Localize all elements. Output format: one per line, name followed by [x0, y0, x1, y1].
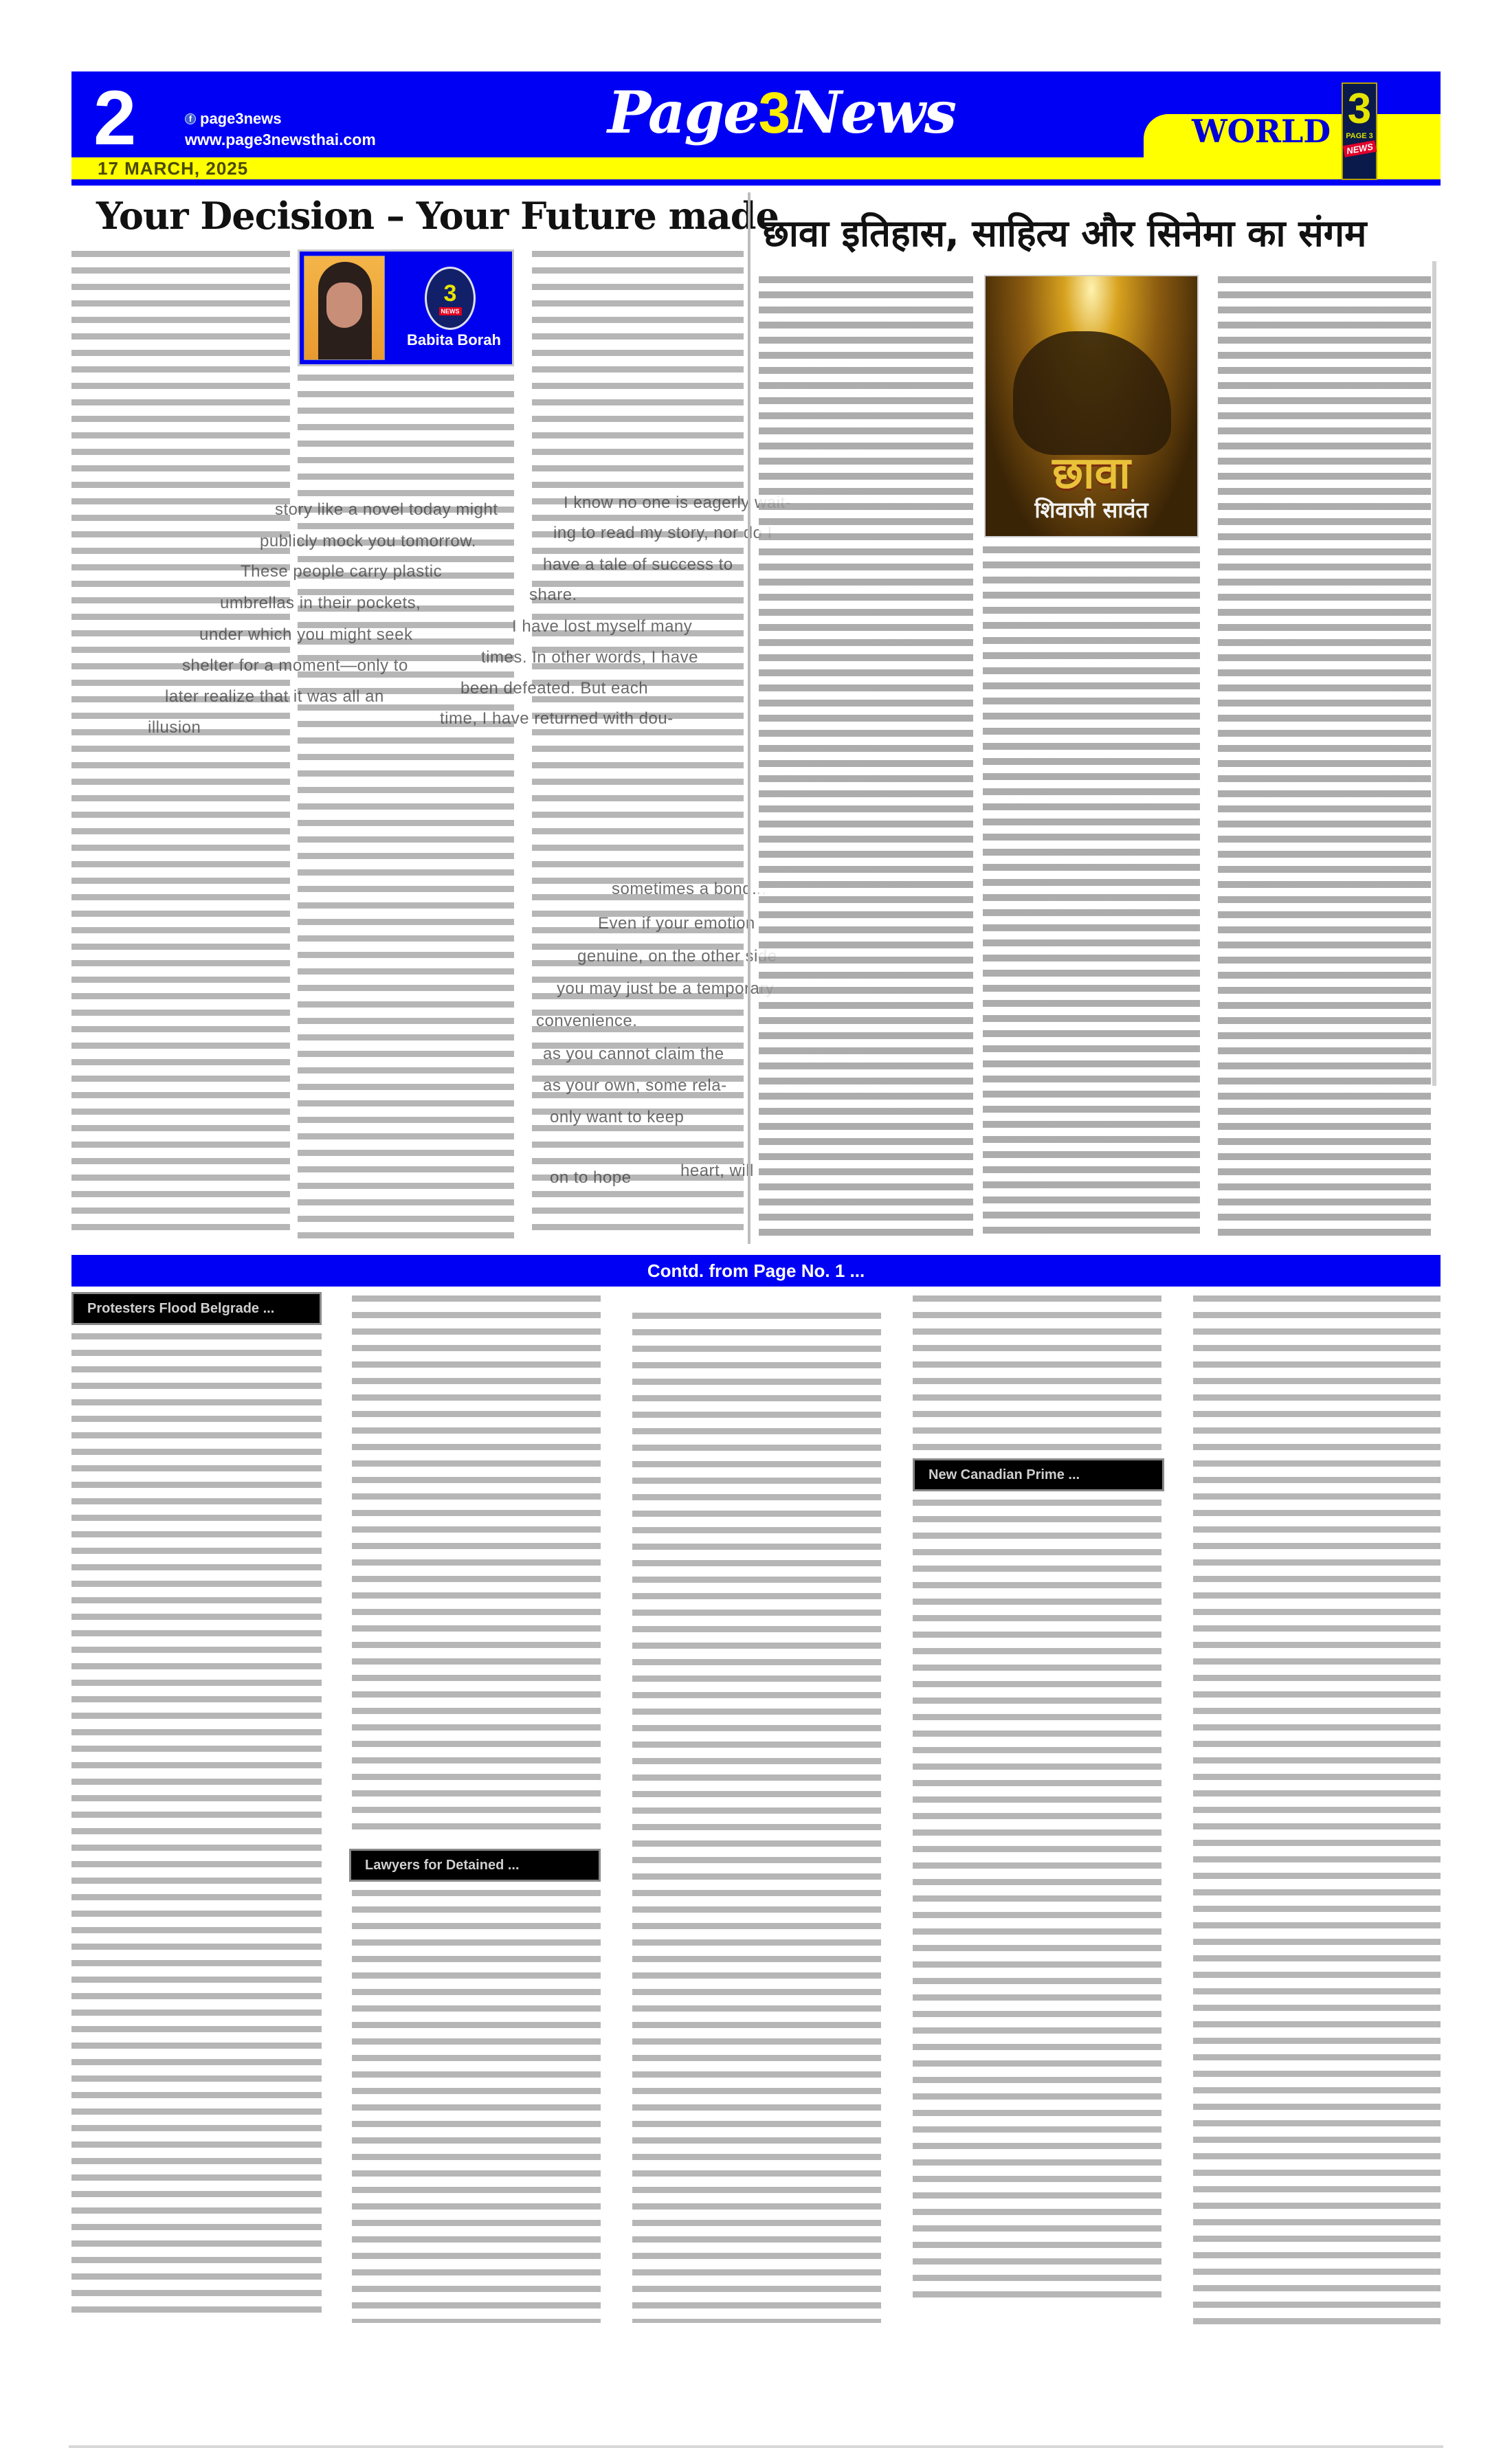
continued-banner: Contd. from Page No. 1 ...	[71, 1255, 1441, 1287]
continued-column-5	[1193, 1295, 1441, 2326]
article-fragment: have a tale of success to	[543, 555, 733, 575]
article-fragment: Even if your emotion	[598, 914, 755, 933]
continued-column-4-top	[913, 1295, 1161, 1450]
article-fragment: story like a novel today might	[275, 500, 498, 520]
page3-logo: 3 PAGE 3 NEWS	[1342, 82, 1377, 180]
hindi-article-column-1	[759, 276, 973, 1238]
page-number: 2	[93, 80, 136, 157]
article-fragment: you may just be a temporary	[557, 979, 774, 999]
column-divider	[748, 192, 751, 1244]
article-fragment: publicly mock you tomorrow.	[260, 532, 476, 551]
article-fragment: I know no one is eagerly wait-	[564, 493, 791, 513]
continued-column-2-bottom	[352, 1890, 601, 2323]
page-edge-rule	[1432, 261, 1436, 1086]
website-link[interactable]: www.page3newsthai.com	[185, 131, 376, 149]
article-fragment: sometimes a bond...	[612, 880, 767, 899]
article-fragment: umbrellas in their pockets,	[220, 594, 421, 613]
article-fragment: as your own, some rela-	[543, 1076, 727, 1095]
author-name: Babita Borah	[407, 331, 501, 349]
author-photo	[304, 256, 385, 360]
book-title: छावा	[986, 441, 1197, 501]
facebook-link[interactable]: f page3news	[185, 110, 282, 128]
continued-column-4-bottom	[913, 1500, 1161, 2307]
english-article-column-1	[71, 251, 290, 1240]
section-heading-canadian-pm: New Canadian Prime ...	[913, 1458, 1164, 1491]
page-bottom-rule	[69, 2445, 1443, 2448]
article-fragment: time, I have returned with dou-	[440, 709, 674, 728]
article-fragment: later realize that it was all an	[165, 687, 384, 706]
header-bottom-rule	[71, 179, 1441, 186]
article-fragment: convenience.	[536, 1012, 637, 1031]
masthead-banner: 2 f page3news www.page3newsthai.com 17 M…	[71, 71, 1441, 186]
continued-column-3	[632, 1313, 881, 2323]
chhava-book-cover: छावा शिवाजी सावंत	[984, 275, 1199, 537]
article-fragment: genuine, on the other side	[577, 947, 777, 966]
continued-column-2-top	[352, 1295, 601, 1838]
section-label: WORLD	[1192, 115, 1331, 147]
logo-news-badge: NEWS	[1342, 140, 1376, 157]
section-heading-protesters: Protesters Flood Belgrade ...	[71, 1292, 322, 1325]
logo-numeral: 3	[1348, 88, 1371, 131]
section-heading-lawyers: Lawyers for Detained ...	[349, 1849, 601, 1882]
article-fragment: illusion	[148, 718, 201, 737]
logo-text: PAGE 3	[1346, 132, 1373, 140]
article-fragment: ing to read my story, nor do I	[553, 524, 772, 543]
article-fragment: share.	[529, 586, 577, 605]
author-card: 3 NEWS Babita Borah	[298, 249, 514, 366]
article-fragment: only want to keep	[550, 1108, 684, 1127]
english-article-headline: Your Decision – Your Future made	[96, 194, 779, 238]
article-fragment: I have lost myself many	[512, 617, 692, 636]
article-fragment: under which you might seek	[199, 625, 413, 645]
article-fragment: on to hope	[550, 1168, 631, 1188]
hindi-article-column-2	[983, 546, 1200, 1234]
hindi-article-column-3	[1218, 276, 1431, 1238]
facebook-handle: page3news	[200, 110, 282, 128]
newspaper-title: Page3News	[608, 84, 955, 142]
facebook-icon: f	[185, 113, 196, 124]
article-fragment: heart, will	[680, 1161, 754, 1181]
article-fragment: shelter for a moment—only to	[182, 656, 408, 676]
hindi-article-headline: छावा इतिहास, साहित्य और सिनेमा का संगम	[763, 206, 1366, 257]
page3-badge-icon: 3 NEWS	[425, 267, 476, 330]
article-fragment: These people carry plastic	[241, 562, 442, 581]
article-fragment: been defeated. But each	[460, 679, 648, 698]
issue-date: 17 MARCH, 2025	[98, 158, 248, 179]
article-fragment: as you cannot claim the	[543, 1045, 724, 1064]
book-author: शिवाजी सावंत	[986, 495, 1197, 524]
continued-column-1	[71, 1333, 322, 2323]
title-numeral: 3	[759, 80, 790, 145]
article-fragment: times. In other words, I have	[481, 648, 698, 667]
